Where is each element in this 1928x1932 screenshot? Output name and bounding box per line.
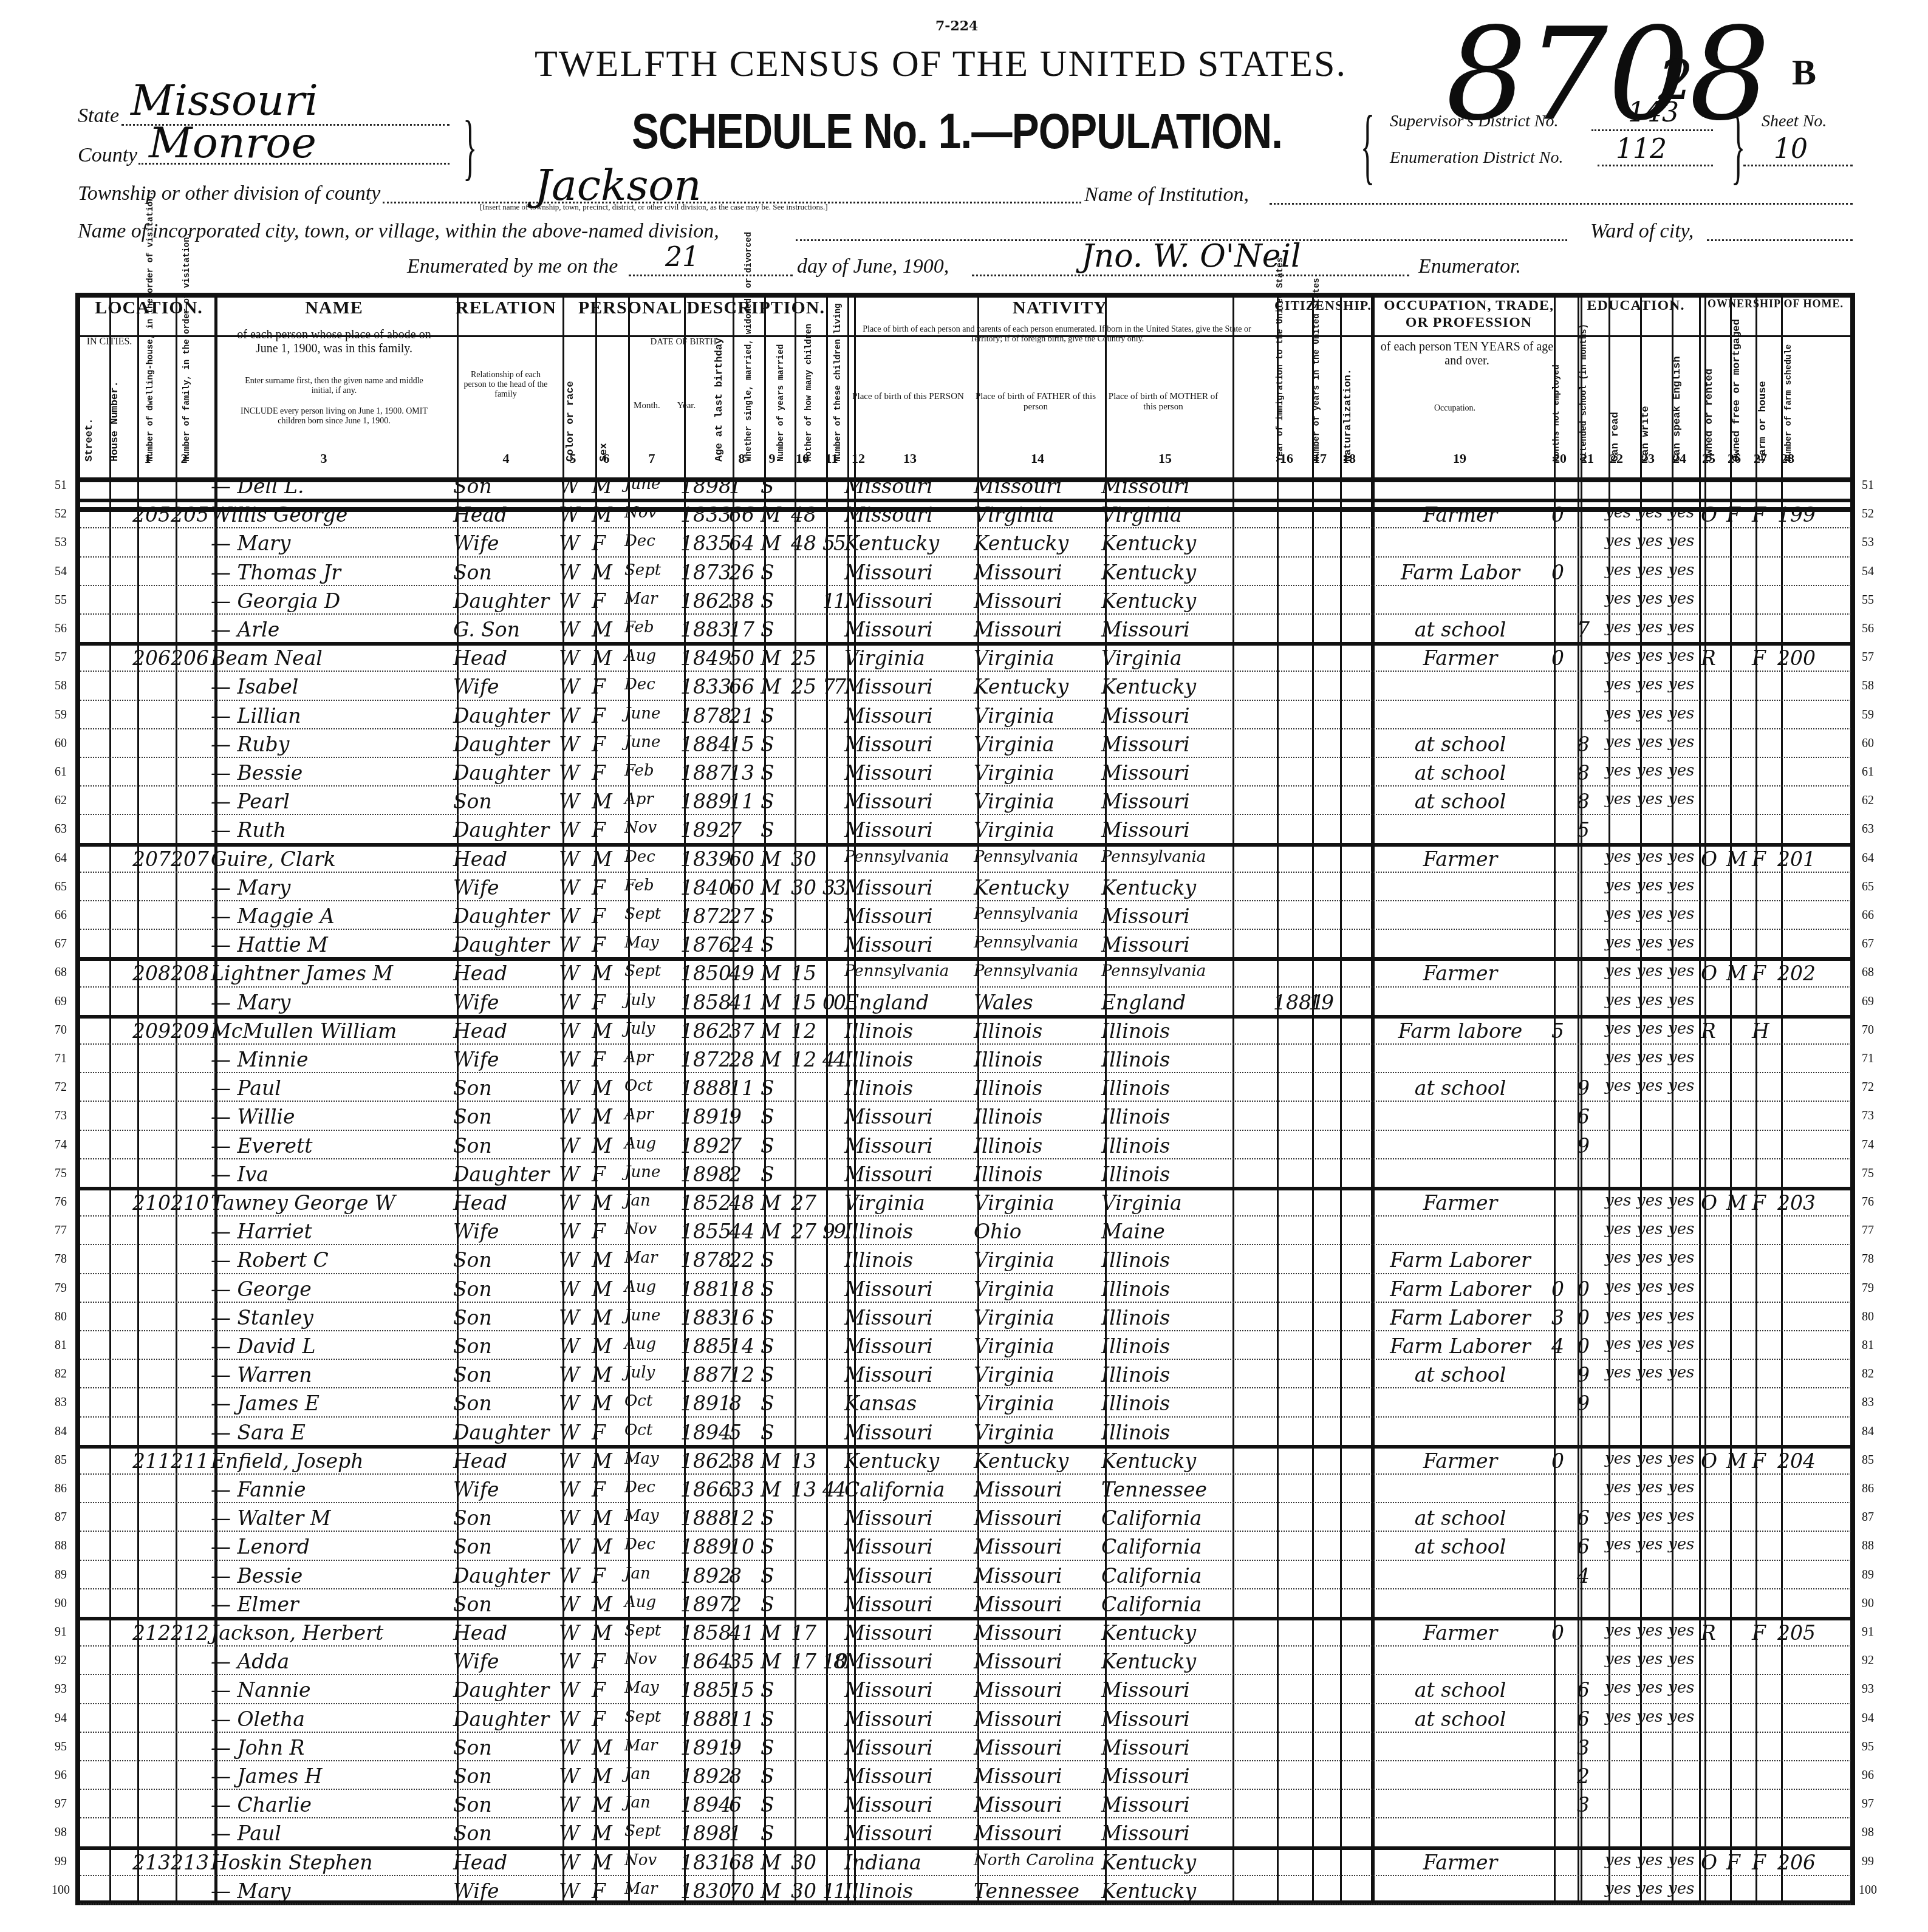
row-rule [80, 527, 1851, 528]
cell-mother-birth: Virginia [1101, 1193, 1182, 1213]
cell-name: — Lillian [211, 706, 301, 726]
cell-father-birth: Virginia [974, 791, 1055, 811]
cell-yrs-married: 13 [791, 1451, 816, 1471]
cell-yrs-married: 30 [791, 1881, 816, 1901]
county-label: County [78, 144, 137, 167]
cell-write: yes [1636, 763, 1663, 779]
cell-yrs-married: 30 [791, 1852, 816, 1872]
cell-color: W [559, 1336, 579, 1356]
cell-write: yes [1636, 505, 1663, 521]
cell-sex: M [592, 648, 612, 668]
cell-english: yes [1668, 505, 1694, 521]
cell-write: yes [1636, 1480, 1663, 1495]
cell-read: yes [1605, 1336, 1631, 1352]
cell-read: yes [1605, 677, 1631, 692]
cell-school: 5 [1577, 820, 1590, 840]
cell-mother-birth: Missouri [1101, 935, 1190, 955]
cell-relation: Wife [453, 677, 499, 697]
cell-unemployed: 3 [1551, 1308, 1564, 1328]
line-number: 62 [1856, 794, 1880, 808]
supervisor-value[interactable]: 143 [1628, 97, 1679, 128]
cell-birth: Missouri [844, 1308, 933, 1328]
cell-relation: Daughter [453, 935, 549, 955]
cell-birth: California [844, 1480, 945, 1500]
ward-line[interactable] [1707, 237, 1853, 241]
line-number: 68 [49, 966, 73, 980]
line-number: 51 [49, 479, 73, 493]
cell-school: 8 [1577, 791, 1590, 811]
cell-sex: M [592, 1451, 612, 1471]
cell-year: 1866 [680, 1480, 731, 1500]
cell-color: W [559, 992, 579, 1012]
cell-read: yes [1605, 849, 1631, 865]
column-number: 25 [1700, 451, 1718, 466]
cell-dwelling: 209 [132, 1021, 171, 1041]
cell-birth: Illinois [844, 1021, 913, 1041]
cell-age: 68 [729, 1852, 754, 1872]
cell-mother-birth: Missouri [1101, 906, 1190, 926]
cell-read: yes [1605, 706, 1631, 722]
cell-year: 1862 [680, 1451, 731, 1471]
column-number: 1 [138, 451, 157, 466]
cell-farm: F [1752, 1451, 1766, 1471]
cell-year: 1892 [680, 1136, 731, 1156]
cell-name: — Fannie [211, 1480, 306, 1500]
sheet-value[interactable]: 10 [1774, 134, 1808, 165]
cell-farm: F [1752, 849, 1766, 869]
cell-year: 1892 [680, 1766, 731, 1786]
line-number: 83 [1856, 1396, 1880, 1410]
cell-name: — John R [211, 1738, 304, 1758]
cell-name: Beam Neal [211, 648, 323, 668]
cell-name: Enfield, Joseph [211, 1451, 363, 1471]
cell-farm: F [1752, 1852, 1766, 1872]
row-rule [80, 1072, 1851, 1073]
cell-sex: F [592, 1480, 606, 1500]
cell-school: 8 [1577, 763, 1590, 783]
cell-birth: Virginia [844, 1193, 925, 1213]
cell-read: yes [1605, 1250, 1631, 1266]
line-number: 81 [1856, 1339, 1880, 1353]
cell-birth: Missouri [844, 505, 933, 525]
cell-father-birth: Pennsylvania [974, 906, 1078, 922]
cell-schedule: 203 [1777, 1193, 1816, 1213]
cell-age: 14 [729, 1336, 754, 1356]
cell-write: yes [1636, 648, 1663, 664]
cell-month: Jan [624, 1566, 651, 1582]
row-rule [80, 700, 1851, 701]
line-number: 93 [1856, 1682, 1880, 1696]
cell-mother-birth: Illinois [1101, 1336, 1170, 1356]
cell-name: — Isabel [211, 677, 298, 697]
cell-birth: Missouri [844, 906, 933, 926]
cell-relation: Wife [453, 1881, 499, 1901]
cell-sex: F [592, 1881, 606, 1901]
cell-birth: Kentucky [844, 1451, 939, 1471]
cell-dwelling: 205 [132, 505, 171, 525]
cell-color: W [559, 1623, 579, 1643]
cell-school: 7 [1577, 620, 1590, 640]
line-number: 72 [1856, 1080, 1880, 1094]
row-rule [80, 1674, 1851, 1675]
cell-sex: M [592, 505, 612, 525]
cell-month: Aug [624, 1136, 656, 1152]
cell-color: W [559, 505, 579, 525]
cell-read: yes [1605, 1508, 1631, 1524]
line-number: 69 [49, 995, 73, 1009]
cell-schedule: 200 [1777, 648, 1816, 668]
header-months-unemployed: Months not employed [1552, 377, 1562, 462]
cell-sex: M [592, 620, 612, 640]
cell-marital: S [761, 1308, 774, 1328]
cell-month: Oct [624, 1422, 652, 1438]
county-value[interactable]: Monroe [149, 121, 316, 164]
township-value[interactable]: Jackson [535, 164, 702, 207]
cell-age: 11 [729, 1709, 754, 1729]
header-year: Year. [668, 401, 705, 411]
cell-relation: Daughter [453, 591, 549, 611]
cell-mother-birth: Illinois [1101, 1279, 1170, 1299]
row-rule [80, 499, 1851, 502]
cell-occupation: Farm Laborer [1370, 1336, 1550, 1356]
cell-owned: O [1701, 1193, 1717, 1213]
line-number: 62 [49, 794, 73, 808]
line-number: 91 [49, 1625, 73, 1639]
cell-father-birth: Virginia [974, 1308, 1055, 1328]
cell-month: July [624, 992, 655, 1008]
row-rule [80, 1760, 1851, 1761]
cell-birth: Missouri [844, 706, 933, 726]
cell-year: 1855 [680, 1221, 731, 1241]
cell-age: 44 [729, 1221, 754, 1241]
cell-year: 1862 [680, 1021, 731, 1041]
cell-color: W [559, 1680, 579, 1700]
cell-english: yes [1668, 677, 1694, 692]
cell-birth: Missouri [844, 1680, 933, 1700]
cell-color: W [559, 1881, 579, 1901]
line-number: 83 [49, 1396, 73, 1410]
row-rule [80, 1846, 1851, 1850]
cell-name: Jackson, Herbert [211, 1623, 383, 1643]
cell-write: yes [1636, 1021, 1663, 1037]
cell-mother-birth: Kentucky [1101, 562, 1196, 582]
cell-father-birth: Virginia [974, 763, 1055, 783]
cell-marital: M [761, 1193, 781, 1213]
header-occupation-col: Occupation. [1376, 404, 1534, 414]
enumerated-day[interactable]: 21 [665, 242, 699, 273]
cell-family: 209 [171, 1021, 209, 1041]
cell-year: 1898 [680, 1823, 731, 1843]
cell-color: W [559, 476, 579, 496]
cell-color: W [559, 1508, 579, 1528]
cell-month: Mar [624, 1881, 658, 1897]
cell-english: yes [1668, 1078, 1694, 1094]
cell-english: yes [1668, 1508, 1694, 1524]
line-number: 70 [49, 1023, 73, 1037]
line-number: 56 [1856, 622, 1880, 636]
line-number: 57 [1856, 650, 1880, 664]
cell-marital: M [761, 963, 781, 983]
cell-birth: Missouri [844, 1823, 933, 1843]
cell-marital: M [761, 849, 781, 869]
cell-occupation: at school [1370, 791, 1550, 811]
cell-name: — Walter M [211, 1508, 331, 1528]
cell-read: yes [1605, 1680, 1631, 1696]
cell-birth: Illinois [844, 1050, 913, 1070]
cell-father-birth: Missouri [974, 591, 1062, 611]
cell-age: 60 [729, 878, 754, 898]
cell-marital: S [761, 935, 774, 955]
cell-marital: S [761, 1680, 774, 1700]
cell-read: yes [1605, 1537, 1631, 1552]
cell-owned: R [1701, 648, 1716, 668]
cell-age: 6 [729, 1795, 742, 1815]
cell-age: 16 [729, 1308, 754, 1328]
cell-birth: Missouri [844, 763, 933, 783]
cell-name: — Mary [211, 878, 290, 898]
header-house-number: House Number. [109, 377, 121, 462]
cell-birth: Virginia [844, 648, 925, 668]
cell-month: Sept [624, 1709, 661, 1725]
cell-year: 1876 [680, 935, 731, 955]
cell-father-birth: Illinois [974, 1078, 1042, 1098]
cell-father-birth: Illinois [974, 1107, 1042, 1127]
line-number: 74 [49, 1138, 73, 1152]
cell-read: yes [1605, 562, 1631, 578]
cell-color: W [559, 591, 579, 611]
enumeration-value[interactable]: 112 [1616, 134, 1667, 165]
cell-school: 8 [1577, 734, 1590, 754]
form-code: 7-224 [935, 18, 978, 34]
cell-occupation: at school [1370, 1537, 1550, 1557]
cell-family: 208 [171, 963, 209, 983]
cell-write: yes [1636, 1308, 1663, 1323]
cell-father-birth: Virginia [974, 1336, 1055, 1356]
cell-age: 49 [729, 963, 754, 983]
cell-father-birth: Missouri [974, 1823, 1062, 1843]
cell-sex: M [592, 791, 612, 811]
cell-marital: S [761, 1136, 774, 1156]
cell-birth: Missouri [844, 1336, 933, 1356]
line-number: 73 [1856, 1109, 1880, 1123]
column-number: 10 [793, 451, 812, 466]
cell-age: 5 [729, 1422, 742, 1442]
cell-name: — Ruby [211, 734, 289, 754]
cell-name: — Bessie [211, 1566, 303, 1586]
cell-color: W [559, 706, 579, 726]
cell-farm: H [1752, 1021, 1769, 1041]
header-education: EDUCATION. [1578, 298, 1694, 315]
line-number: 54 [49, 565, 73, 579]
cell-mother-birth: Illinois [1101, 1078, 1170, 1098]
cell-age: 1 [729, 1823, 742, 1843]
cell-english: yes [1668, 1279, 1694, 1295]
cell-write: yes [1636, 1050, 1663, 1065]
cell-occupation: at school [1370, 1709, 1550, 1729]
cell-sex: M [592, 1393, 612, 1413]
cell-birth: Missouri [844, 734, 933, 754]
cell-marital: M [761, 1050, 781, 1070]
column-rule [176, 298, 177, 1900]
enumerator-name[interactable]: Jno. W. O'Neil [1081, 238, 1301, 275]
cell-name: — Mary [211, 1881, 290, 1901]
cell-year: 1881 [680, 1279, 731, 1299]
cell-farm: F [1752, 505, 1766, 525]
cell-name: — Dell L. [211, 476, 304, 496]
institution-line[interactable] [1270, 200, 1853, 205]
cell-name: — Iva [211, 1164, 268, 1184]
cell-write: yes [1636, 1279, 1663, 1295]
cell-year: 1872 [680, 906, 731, 926]
cell-read: yes [1605, 1279, 1631, 1295]
cell-age: 38 [729, 591, 754, 611]
cell-relation: G. Son [453, 620, 520, 640]
cell-marital: M [761, 1651, 781, 1671]
cell-marital: S [761, 1336, 774, 1356]
cell-name: — Ruth [211, 820, 286, 840]
cell-write: yes [1636, 1852, 1663, 1868]
line-number: 100 [1856, 1883, 1880, 1897]
cell-relation: Head [453, 1623, 507, 1643]
cell-birth: Missouri [844, 1651, 933, 1671]
column-number: 9 [763, 451, 781, 466]
city-label: Name of incorporated city, town, or vill… [78, 220, 719, 243]
cell-sex: F [592, 1422, 606, 1442]
township-note: [Insert name of township, town, precinct… [480, 202, 828, 212]
cell-write: yes [1636, 1537, 1663, 1552]
cell-read: yes [1605, 906, 1631, 922]
line-number: 99 [1856, 1855, 1880, 1869]
cell-birth: Missouri [844, 1623, 933, 1643]
column-number: 28 [1779, 451, 1797, 466]
cell-sex: M [592, 1766, 612, 1786]
cell-age: 11 [729, 791, 754, 811]
row-rule [80, 1387, 1851, 1388]
cell-mother-birth: Illinois [1101, 1250, 1170, 1270]
row-rule [80, 1330, 1851, 1331]
header-attended-school: Attended school (in months) [1579, 340, 1589, 462]
cell-birth: Missouri [844, 935, 933, 955]
cell-color: W [559, 1594, 579, 1614]
cell-year: 1888 [680, 1709, 731, 1729]
cell-write: yes [1636, 1193, 1663, 1209]
cell-school: 9 [1577, 1365, 1590, 1385]
cell-birth: Missouri [844, 1594, 933, 1614]
cell-father-birth: Missouri [974, 1594, 1062, 1614]
cell-year: 1888 [680, 1508, 731, 1528]
line-number: 51 [1856, 479, 1880, 493]
cell-relation: Son [453, 1508, 492, 1528]
cell-color: W [559, 763, 579, 783]
line-number: 84 [1856, 1425, 1880, 1439]
cell-read: yes [1605, 1709, 1631, 1725]
cell-year: 1849 [680, 648, 731, 668]
cell-age: 2 [729, 1164, 742, 1184]
cell-mother-birth: Missouri [1101, 1766, 1190, 1786]
cell-read: yes [1605, 1308, 1631, 1323]
cell-father-birth: Ohio [974, 1221, 1022, 1241]
cell-occupation: Farm Laborer [1370, 1308, 1550, 1328]
cell-month: Nov [624, 820, 657, 836]
row-rule [80, 1703, 1851, 1704]
cell-marital: S [761, 476, 774, 496]
header-naturalization: Naturalization. [1342, 377, 1354, 462]
cell-relation: Head [453, 1451, 507, 1471]
cell-free: M [1726, 963, 1747, 983]
cell-year: 1883 [680, 1308, 731, 1328]
line-number: 89 [49, 1568, 73, 1582]
cell-write: yes [1636, 591, 1663, 607]
cell-relation: Head [453, 505, 507, 525]
cell-free: F [1726, 505, 1740, 525]
cell-dwelling: 206 [132, 648, 171, 668]
line-number: 58 [49, 679, 73, 693]
column-number: 5 [564, 451, 582, 466]
cell-father-birth: Missouri [974, 1766, 1062, 1786]
cell-color: W [559, 1422, 579, 1442]
cell-color: W [559, 620, 579, 640]
cell-marital: M [761, 1623, 781, 1643]
line-number: 91 [1856, 1625, 1880, 1639]
line-number: 99 [49, 1855, 73, 1869]
cell-age: 26 [729, 562, 754, 582]
cell-relation: Son [453, 1537, 492, 1557]
cell-dwelling: 212 [132, 1623, 171, 1643]
cell-sex: M [592, 1823, 612, 1843]
cell-name: — Paul [211, 1823, 281, 1843]
line-number: 55 [1856, 593, 1880, 607]
cell-age: 12 [729, 1365, 754, 1385]
cell-read: yes [1605, 963, 1631, 979]
cell-write: yes [1636, 1623, 1663, 1639]
row-rule [80, 642, 1851, 646]
cell-occupation: at school [1370, 1680, 1550, 1700]
cell-sex: M [592, 1623, 612, 1643]
cell-month: Feb [624, 763, 654, 779]
cell-relation: Son [453, 1279, 492, 1299]
cell-mother-birth: Missouri [1101, 1795, 1190, 1815]
cell-age: 64 [729, 533, 754, 553]
cell-mother-birth: Kentucky [1101, 1651, 1196, 1671]
cell-marital: S [761, 1250, 774, 1270]
cell-color: W [559, 935, 579, 955]
line-number: 90 [49, 1597, 73, 1611]
cell-yrs-married: 27 [791, 1221, 816, 1241]
cell-write: yes [1636, 1709, 1663, 1725]
cell-yrs-married: 13 [791, 1480, 816, 1500]
line-number: 80 [1856, 1310, 1880, 1324]
cell-occupation: Farmer [1370, 1852, 1550, 1872]
line-number: 63 [1856, 822, 1880, 836]
cell-father-birth: Virginia [974, 820, 1055, 840]
column-rule [109, 298, 111, 1900]
census-title: TWELFTH CENSUS OF THE UNITED STATES. [535, 43, 1347, 86]
state-value[interactable]: Missouri [131, 79, 318, 121]
cell-marital: S [761, 1107, 774, 1127]
cell-month: Feb [624, 878, 654, 893]
cell-yrs-married: 12 [791, 1021, 816, 1041]
header-birth-person: Place of birth of this PERSON [847, 392, 969, 402]
cell-school: 3 [1577, 1738, 1590, 1758]
line-number: 85 [49, 1453, 73, 1467]
cell-write: yes [1636, 791, 1663, 807]
line-number: 60 [1856, 737, 1880, 751]
cell-age: 27 [729, 906, 754, 926]
cell-marital: M [761, 1021, 781, 1041]
header-nativity: NATIVITY [850, 298, 1270, 319]
cell-sex: F [592, 1680, 606, 1700]
column-rule [1781, 298, 1783, 1900]
